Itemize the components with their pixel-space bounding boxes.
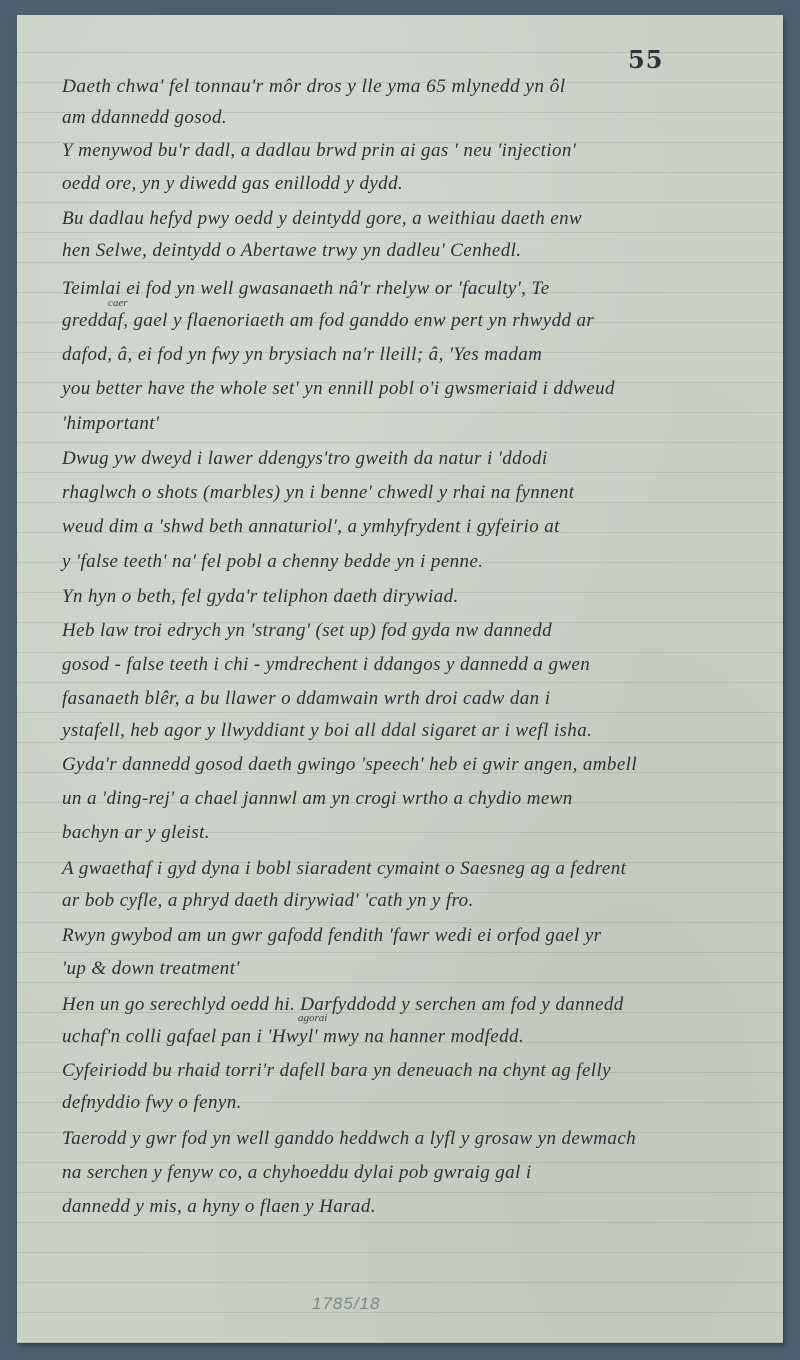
manuscript-line-30: Cyfeiriodd bu rhaid torri'r dafell bara … (62, 1060, 611, 1082)
manuscript-line-14: weud dim a 'shwd beth annaturiol', a ymh… (62, 516, 560, 538)
manuscript-line-33: na serchen y fenyw co, a chyhoeddu dylai… (62, 1162, 532, 1184)
page-number: 55 (628, 45, 663, 74)
manuscript-line-22: un a 'ding-rej' a chael jannwl am yn cro… (62, 788, 573, 810)
manuscript-line-7: Teimlai ei fod yn well gwasanaeth nâ'r r… (62, 278, 550, 300)
manuscript-line-20: ystafell, heb agor y llwyddiant y boi al… (62, 720, 592, 742)
manuscript-line-8: greddaf, gael y flaenoriaeth am fod gand… (62, 310, 594, 332)
manuscript-line-4: oedd ore, yn y diwedd gas enillodd y dyd… (62, 173, 403, 195)
manuscript-line-15: y 'false teeth' na' fel pobl a chenny be… (62, 551, 483, 573)
manuscript-line-28: Hen un go serechlyd oedd hi. Darfyddodd … (62, 994, 624, 1016)
manuscript-line-17: Heb law troi edrych yn 'strang' (set up)… (62, 620, 552, 642)
manuscript-line-19: fasanaeth blêr, a bu llawer o ddamwain w… (62, 688, 550, 710)
manuscript-line-12: Dwug yw dweyd i lawer ddengys'tro gweith… (62, 448, 548, 470)
insert-agorai: agorai (298, 1012, 327, 1024)
manuscript-line-32: Taerodd y gwr fod yn well ganddo heddwch… (62, 1128, 636, 1150)
manuscript-line-23: bachyn ar y gleist. (62, 822, 210, 844)
manuscript-line-1: Daeth chwa' fel tonnau'r môr dros y lle … (62, 76, 566, 98)
manuscript-line-18: gosod - false teeth i chi - ymdrechent i… (62, 654, 590, 676)
manuscript-line-31: defnyddio fwy o fenyn. (62, 1092, 242, 1114)
manuscript-line-27: 'up & down treatment' (62, 958, 240, 980)
manuscript-line-25: ar bob cyfle, a phryd daeth dirywiad' 'c… (62, 890, 474, 912)
manuscript-line-21: Gyda'r dannedd gosod daeth gwingo 'speec… (62, 754, 637, 776)
manuscript-line-24: A gwaethaf i gyd dyna i bobl siaradent c… (62, 858, 626, 880)
manuscript-line-5: Bu dadlau hefyd pwy oedd y deintydd gore… (62, 208, 582, 230)
manuscript-line-13: rhaglwch o shots (marbles) yn i benne' c… (62, 482, 574, 504)
manuscript-line-2: am ddannedd gosod. (62, 107, 227, 129)
manuscript-line-10: you better have the whole set' yn ennill… (62, 378, 615, 400)
archive-reference: 1785/18 (312, 1294, 380, 1314)
insert-caer: caer (108, 297, 128, 309)
manuscript-line-6: hen Selwe, deintydd o Abertawe trwy yn d… (62, 240, 521, 262)
manuscript-line-9: dafod, â, ei fod yn fwy yn brysiach na'r… (62, 344, 542, 366)
manuscript-line-16: Yn hyn o beth, fel gyda'r teliphon daeth… (62, 586, 459, 608)
manuscript-line-26: Rwyn gwybod am un gwr gafodd fendith 'fa… (62, 925, 601, 947)
manuscript-line-3: Y menywod bu'r dadl, a dadlau brwd prin … (62, 140, 576, 162)
manuscript-line-29: uchaf'n colli gafael pan i 'Hwyl' mwy na… (62, 1026, 524, 1048)
manuscript-line-11: 'himportant' (62, 413, 159, 435)
manuscript-line-34: dannedd y mis, a hyny o flaen y Harad. (62, 1196, 376, 1218)
scanned-manuscript: 55 Daeth chwa' fel tonnau'r môr dros y l… (0, 0, 800, 1360)
